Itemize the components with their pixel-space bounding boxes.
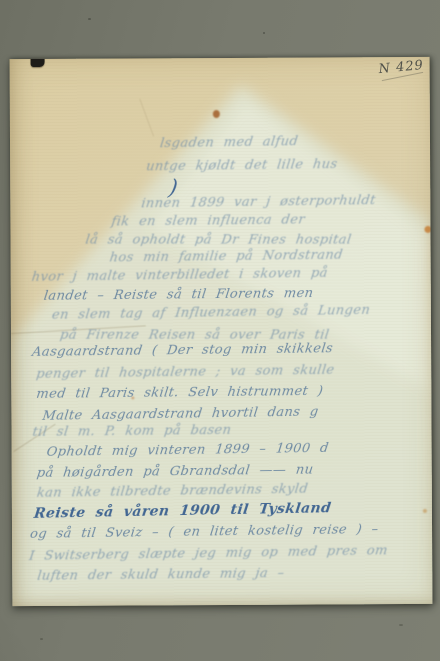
manuscript-line: Reiste så våren 1900 til Tyskland xyxy=(33,500,332,522)
manuscript-line: luften der skuld kunde mig ja – xyxy=(36,566,285,584)
manuscript-line: innen 1899 var j østerporhuldt xyxy=(140,193,376,211)
manuscript-line: på Firenze Reisen så over Paris til xyxy=(59,328,330,343)
foxing-spot xyxy=(213,110,220,118)
manuscript-line: på høigården på Gbrandsdal —— nu xyxy=(36,463,315,481)
foxing-spot xyxy=(423,509,427,513)
manuscript-line: lå så opholdt på Dr Fines hospital xyxy=(84,233,352,248)
dust-speck xyxy=(88,18,91,20)
manuscript-line: lsgaden med alfud xyxy=(159,134,299,151)
manuscript-line: untge kjøldt det lille hus xyxy=(145,157,338,174)
manuscript-line: landet – Reiste så til Florents men xyxy=(43,286,315,304)
manuscript-page: N 429 lsgaden med alfud untge kjøldt det… xyxy=(10,57,433,606)
manuscript-line: til sl m. P. kom på basen xyxy=(32,423,233,440)
manuscript-line: fik en slem influenca der xyxy=(110,213,305,230)
manuscript-line: Malte Aasgaardstrand hvortil dans g xyxy=(42,405,320,424)
manuscript-line: og så til Sveiz – ( en litet kostelig re… xyxy=(29,522,379,542)
fold-crease xyxy=(139,99,154,137)
manuscript-line: med til Paris skilt. Selv histrummet ) xyxy=(35,384,324,402)
scan-background: N 429 lsgaden med alfud untge kjøldt det… xyxy=(0,0,440,661)
dust-speck xyxy=(263,32,265,34)
manuscript-line: Aasgaardstrand ( Der stog min skikkels xyxy=(31,341,334,360)
manuscript-line: penger til hospitalerne ; va som skulle xyxy=(35,363,335,382)
manuscript-line: en slem tag af Influenzaen og så Lungen xyxy=(51,303,371,323)
manuscript-line: hvor j malte vinterbilledet i skoven på xyxy=(31,266,329,285)
dust-speck xyxy=(399,624,403,626)
manuscript-line: Opholdt mig vinteren 1899 – 1900 d xyxy=(46,441,330,460)
mount-notch xyxy=(31,58,45,67)
foxing-spot xyxy=(424,226,431,233)
manuscript-line: I Switserberg slæpte jeg mig op med pres… xyxy=(28,543,388,564)
manuscript-line: hos min familie på Nordstrand xyxy=(109,248,344,266)
manuscript-line: kan ikke tilbredte brændevins skyld xyxy=(36,482,309,501)
archive-number-label: N 429 xyxy=(378,58,425,77)
dust-speck xyxy=(40,638,43,640)
